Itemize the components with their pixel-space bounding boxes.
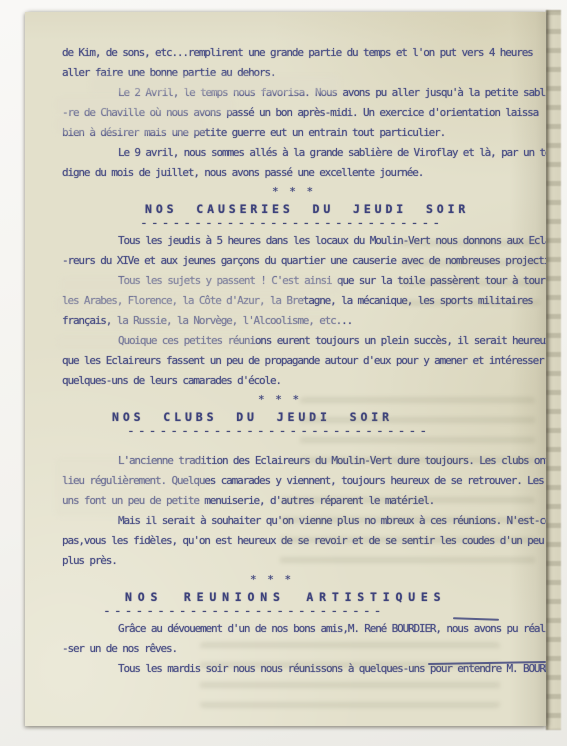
text-line: quelques-uns de leurs camarades d'école. [62, 371, 546, 391]
section-causeries: * * * NOS CAUSERIES DU JEUDI SOIR ------… [62, 183, 546, 391]
section-title: NOS REUNIONS ARTISTIQUES [125, 589, 546, 606]
text-line: -re de Chaville où nous avons passé un b… [62, 103, 546, 123]
section-title: NOS CAUSERIES DU JEUDI SOIR [145, 201, 546, 218]
asterisk-separator: * * * [258, 391, 546, 409]
dashed-rule: ---------------------------- [127, 426, 546, 439]
asterisk-separator: * * * [272, 183, 546, 201]
text-line: Mais il serait à souhaiter qu'on vienne … [62, 511, 546, 531]
adjacent-page-edge [546, 10, 561, 730]
text-line: plus près. [62, 551, 546, 571]
paragraph: L'ancienne tradition des Eclaireurs du M… [62, 451, 546, 571]
typewritten-text-block: de Kim, de sons, etc...remplirent une gr… [25, 12, 546, 679]
text-line: les Arabes, Florence, la Côte d'Azur, la… [62, 291, 546, 311]
paper-sheet: de Kim, de sons, etc...remplirent une gr… [25, 12, 546, 726]
text-line: de Kim, de sons, etc...remplirent une gr… [62, 43, 546, 63]
text-line: aller faire une bonne partie au dehors. [62, 63, 546, 83]
text-line: Le 2 Avril, le temps nous favorisa. Nous… [62, 83, 546, 103]
text-line: que les Eclaireurs fassent un peu de pro… [62, 351, 546, 371]
dashed-rule: ---------------------------- [140, 218, 546, 231]
text-line: digne du mois de juillet, nous avons pas… [62, 163, 546, 183]
text-line: bien à désirer mais une petite guerre eu… [62, 123, 546, 143]
text-line: uns font un peu de petite menuiserie, d'… [62, 491, 546, 511]
text-line: Tous les mardis soir nous nous réunisson… [62, 659, 546, 679]
dashed-rule: -------------------------- [103, 606, 546, 619]
text-line: Quoique ces petites réunions eurent touj… [62, 331, 546, 351]
text-line: Grâce au dévouement d'un de nos bons ami… [62, 619, 546, 639]
section-reunions-artistiques: * * * NOS REUNIONS ARTISTIQUES ---------… [62, 571, 546, 679]
section-clubs: * * * NOS CLUBS DU JEUDI SOIR ----------… [62, 391, 546, 571]
text-line: -ser un de nos rêves. [62, 639, 546, 659]
text-line: -reurs du XIVe et aux jeunes garçons du … [62, 251, 546, 271]
text-line: français, la Russie, la Norvège, l'Alcoo… [62, 311, 546, 331]
text-line: Tous les jeudis à 5 heures dans les loca… [62, 231, 546, 251]
text-line: Le 9 avril, nous sommes allés à la grand… [62, 143, 546, 163]
asterisk-separator: * * * [250, 571, 546, 589]
text-line: L'ancienne tradition des Eclaireurs du M… [62, 451, 546, 471]
text-line: Tous les sujets y passent ! C'est ainsi … [62, 271, 546, 291]
text-line: pas,vous les fidèles, qu'on est heureux … [62, 531, 546, 551]
photo-background: de Kim, de sons, etc...remplirent une gr… [0, 0, 567, 746]
section-title: NOS CLUBS DU JEUDI SOIR [112, 409, 546, 426]
text-line: lieu régulièrement. Quelques camarades y… [62, 471, 546, 491]
